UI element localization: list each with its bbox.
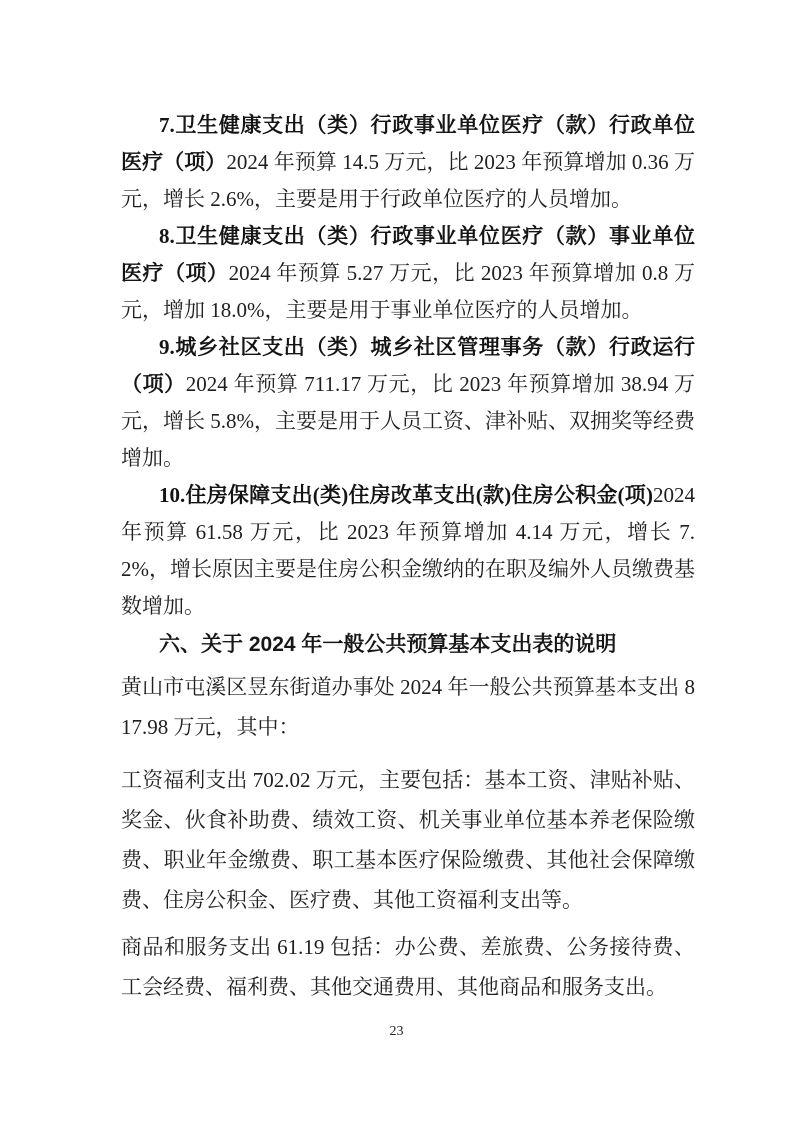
budget-item-paragraph-10: 10.住房保障支出(类)住房改革支出(款)住房公积金(项)2024 年预算 61…: [121, 477, 695, 625]
budget-item-9-detail: 2024 年预算 711.17 万元，比 2023 年预算增加 38.94 万元…: [121, 372, 695, 470]
budget-item-10-title: 10.住房保障支出(类)住房改革支出(款)住房公积金(项): [159, 483, 653, 507]
document-page: 7.卫生健康支出（类）行政事业单位医疗（款）行政单位医疗（项）2024 年预算 …: [0, 0, 793, 1122]
salary-welfare-expenditure-paragraph: 工资福利支出 702.02 万元，主要包括：基本工资、津贴补贴、奖金、伙食补助费…: [121, 760, 695, 920]
basic-expenditure-intro-paragraph: 黄山市屯溪区昱东街道办事处 2024 年一般公共预算基本支出 817.98 万元…: [121, 667, 695, 747]
budget-item-paragraph-7: 7.卫生健康支出（类）行政事业单位医疗（款）行政单位医疗（项）2024 年预算 …: [121, 107, 695, 218]
page-number: 23: [0, 1024, 793, 1040]
document-text-block: 7.卫生健康支出（类）行政事业单位医疗（款）行政单位医疗（项）2024 年预算 …: [121, 107, 695, 1007]
budget-item-paragraph-9: 9.城乡社区支出（类）城乡社区管理事务（款）行政运行（项）2024 年预算 71…: [121, 329, 695, 477]
goods-services-expenditure-paragraph: 商品和服务支出 61.19 包括：办公费、差旅费、公务接待费、工会经费、福利费、…: [121, 927, 695, 1007]
section-six-heading: 六、关于 2024 年一般公共预算基本支出表的说明: [121, 625, 695, 665]
budget-item-paragraph-8: 8.卫生健康支出（类）行政事业单位医疗（款）事业单位医疗（项）2024 年预算 …: [121, 218, 695, 329]
